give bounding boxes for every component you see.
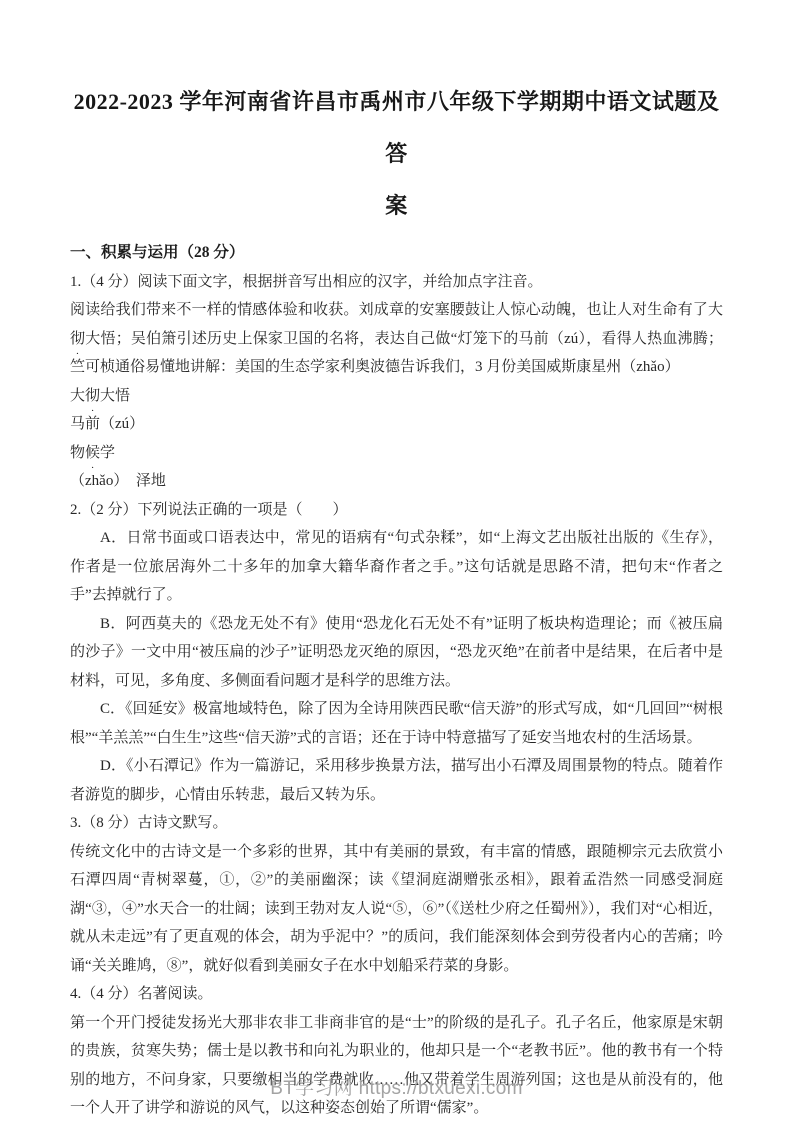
question-3-stem: 3.（8 分）古诗文默写。 xyxy=(70,809,723,838)
exam-paper-page: 2022-2023 学年河南省许昌市禹州市八年级下学期期中语文试题及答 案 一、… xyxy=(0,0,793,1122)
pinyin-item-3-dotted-char: 候 xyxy=(85,439,100,468)
question-2-option-b: B．阿西莫夫的《恐龙无处不有》使用“恐龙化石无处不有”证明了板块构造理论；而《被… xyxy=(70,610,723,696)
watermark-footer: BT学习网 https://btxuexi.com xyxy=(0,1073,793,1100)
pinyin-item-1: 大彻大悟 xyxy=(70,382,723,411)
question-2-option-a: A．日常书面或口语表达中，常见的语病有“句式杂糅”，如“上海文艺出版社出版的《生… xyxy=(70,524,723,610)
pinyin-item-1-pre: 大 xyxy=(70,388,85,404)
page-content: 2022-2023 学年河南省许昌市禹州市八年级下学期期中语文试题及答 案 一、… xyxy=(0,0,793,1122)
pinyin-item-3: 物候学 xyxy=(70,439,723,468)
exam-title: 2022-2023 学年河南省许昌市禹州市八年级下学期期中语文试题及答 案 xyxy=(70,76,723,232)
question-2-stem: 2.（2 分）下列说法正确的一项是（ ） xyxy=(70,496,723,525)
exam-title-line2: 案 xyxy=(70,180,723,232)
q1-dotted-char: 彻 xyxy=(70,325,85,354)
pinyin-item-1-post: 大悟 xyxy=(100,388,130,404)
pinyin-item-4: （zhǎo） 泽地 xyxy=(70,467,723,496)
question-4-stem: 4.（4 分）名著阅读。 xyxy=(70,980,723,1009)
question-4-passage: 第一个开门授徒发扬光大那非农非工非商非官的是“士”的阶级的是孔子。孔子名丘，他家… xyxy=(70,1009,723,1122)
question-1-passage: 阅读给我们带来不一样的情感体验和收获。刘成章的安塞腰鼓让人惊心动魄，也让人对生命… xyxy=(70,296,723,382)
section-heading: 一、积累与运用（28 分） xyxy=(70,239,723,268)
pinyin-item-1-dotted-char: 彻 xyxy=(85,382,100,411)
q1-passage-pre: 阅读给我们带来不一样的情感体验和收获。刘成章的安塞腰鼓让人惊心动魄，也让人对生命… xyxy=(70,302,723,318)
pinyin-item-3-post: 学 xyxy=(100,445,115,461)
pinyin-item-3-pre: 物 xyxy=(70,445,85,461)
q1-passage-post: 大悟；吴伯箫引述历史上保家卫国的名将，表达自己做“灯笼下的马前（zú），看得人热… xyxy=(70,331,723,376)
question-1-stem: 1.（4 分）阅读下面文字，根据拼音写出相应的汉字，并给加点字注音。 xyxy=(70,268,723,297)
question-2-option-c: C．《回延安》极富地域特色，除了因为全诗用陕西民歌“信天游”的形式写成，如“几回… xyxy=(70,695,723,752)
exam-title-line1: 2022-2023 学年河南省许昌市禹州市八年级下学期期中语文试题及答 xyxy=(70,76,723,180)
question-2-option-d: D．《小石潭记》作为一篇游记，采用移步换景方法，描写出小石潭及周围景物的特点。随… xyxy=(70,752,723,809)
question-3-passage: 传统文化中的古诗文是一个多彩的世界，其中有美丽的景致，有丰富的情感，跟随柳宗元去… xyxy=(70,838,723,981)
pinyin-item-2: 马前（zú） xyxy=(70,410,723,439)
